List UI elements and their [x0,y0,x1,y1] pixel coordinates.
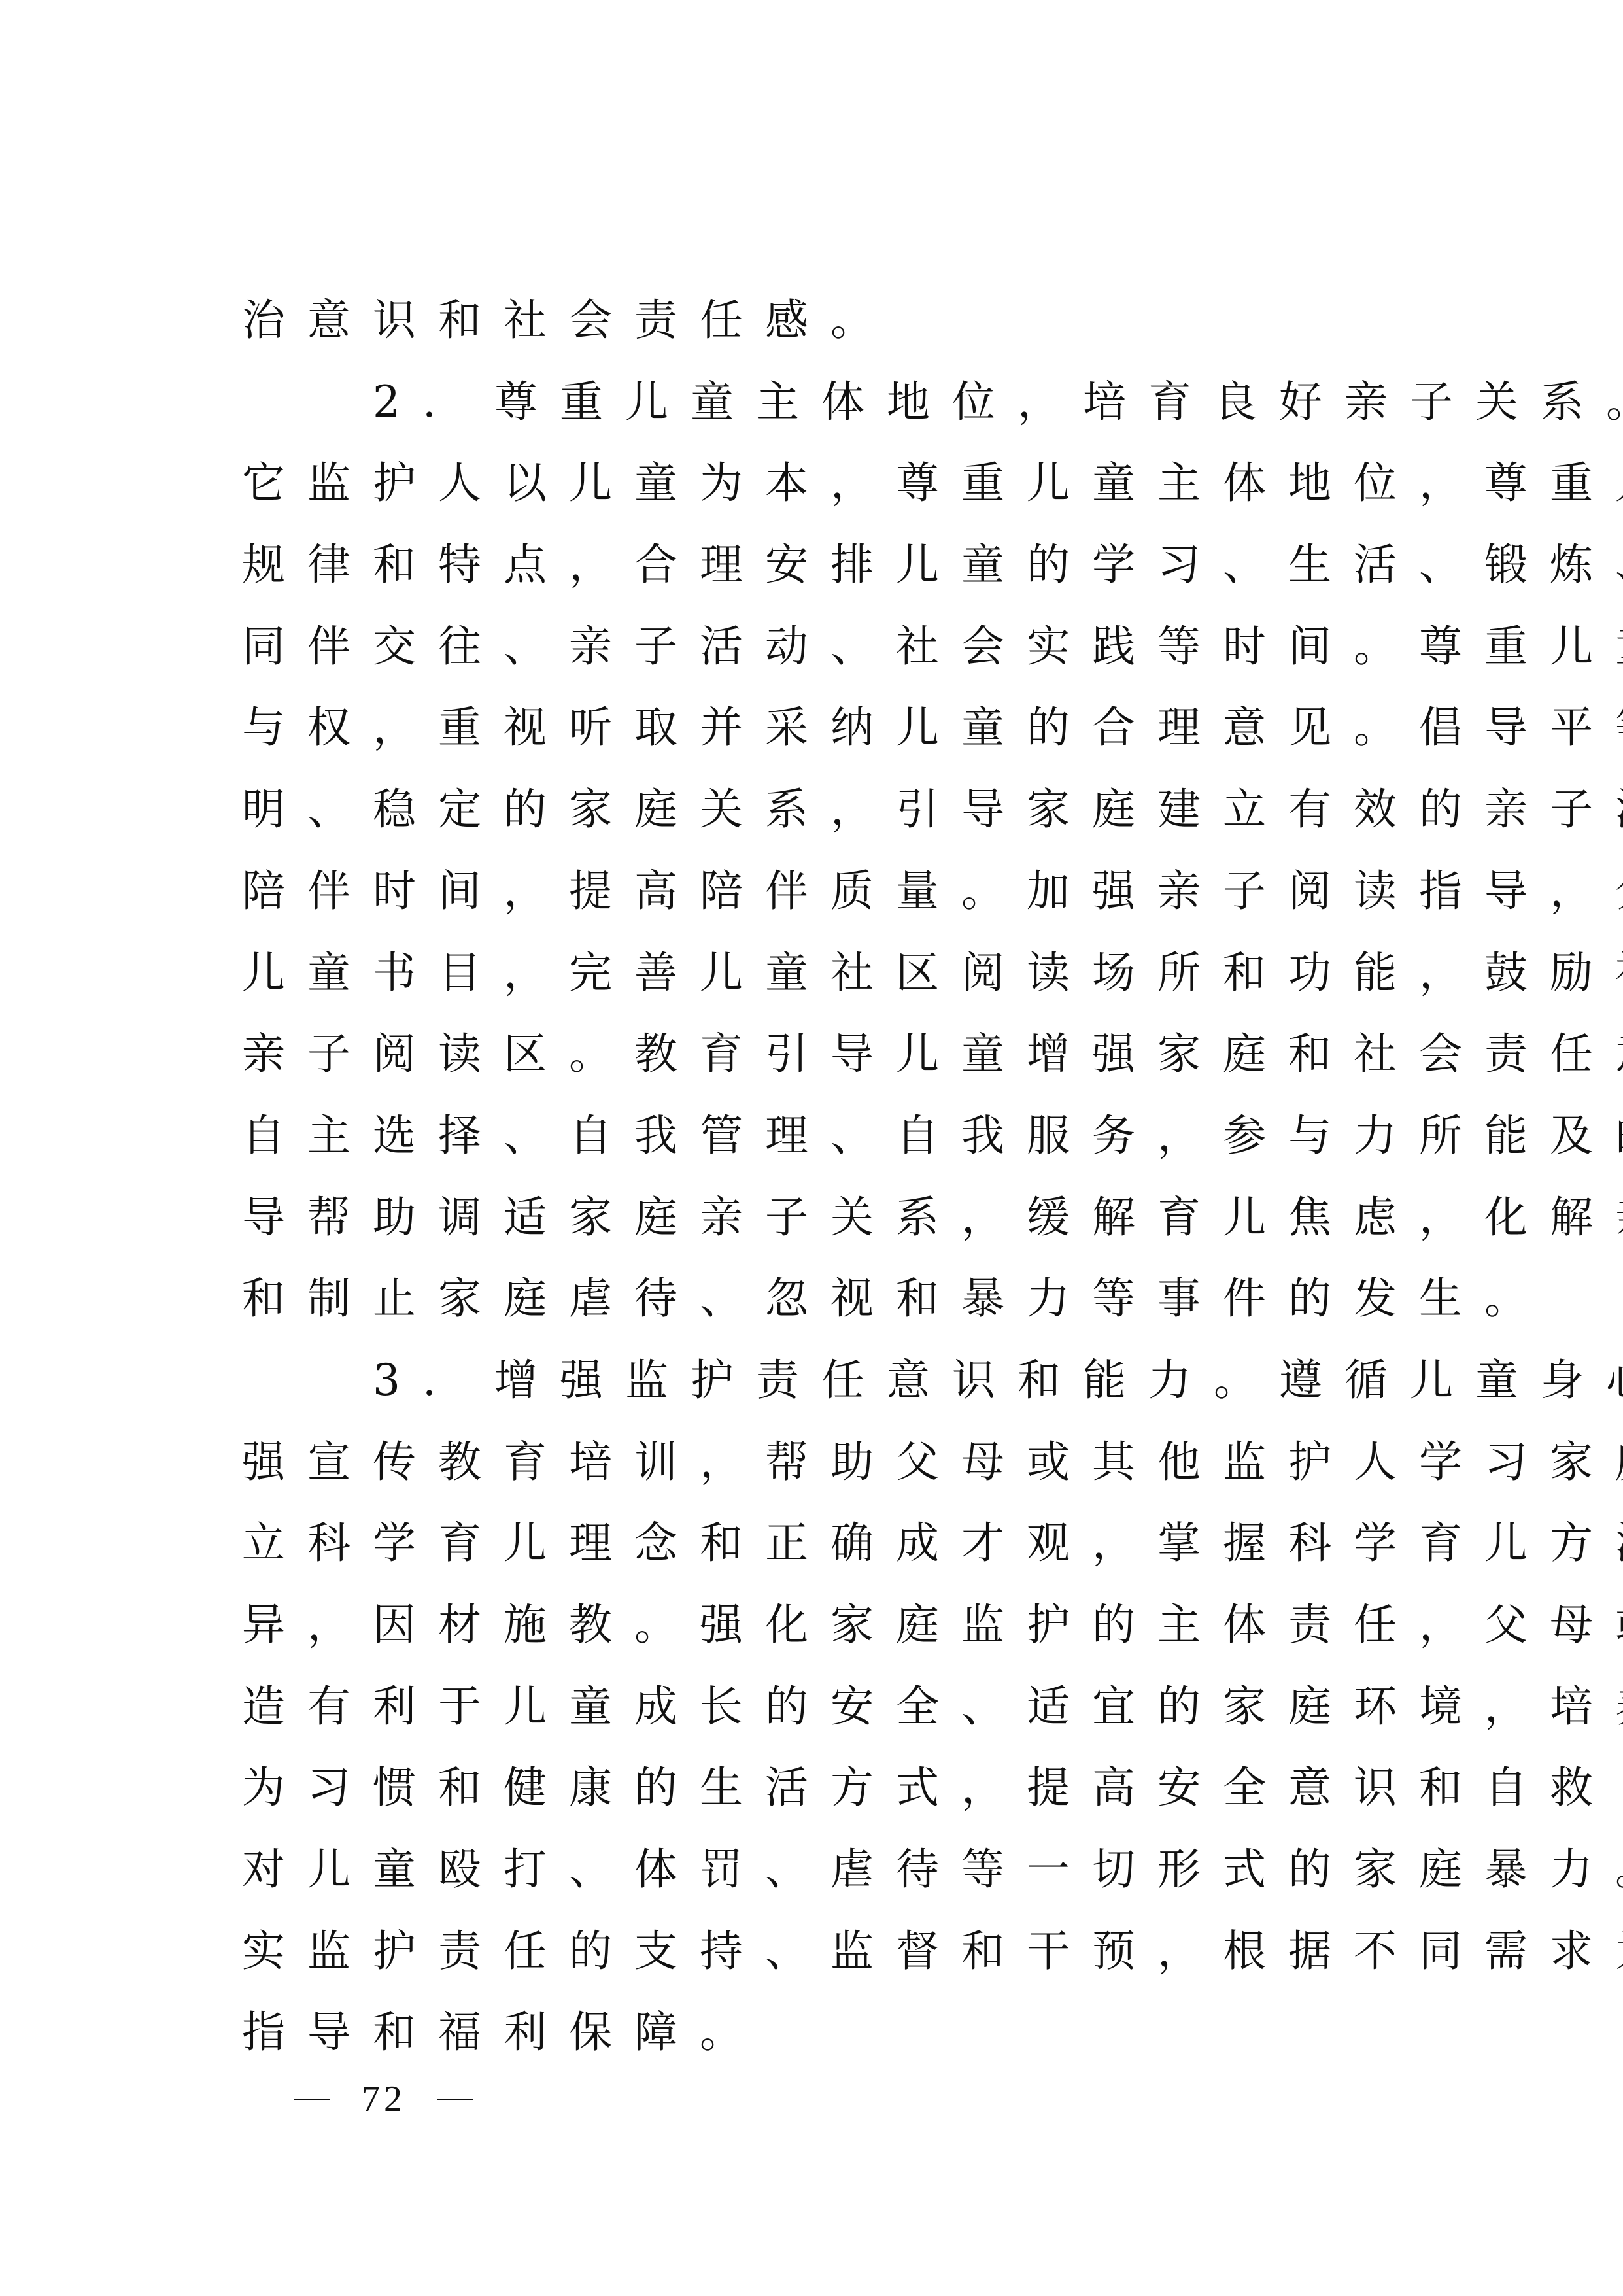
text-line: 立科学育儿理念和正确成才观，掌握科学育儿方法，尊重个体差 [242,1503,1419,1585]
paragraph-3-heading-line: 3. 增强监护责任意识和能力。遵循儿童身心发展规律，加 [242,1340,1419,1422]
document-page: 治意识和社会责任感。 2. 尊重儿童主体地位，培育良好亲子关系。引导父母或其 它… [0,0,1623,2296]
text-line: 异，因材施教。强化家庭监护的主体责任，父母或其他监护人创 [242,1585,1419,1666]
page-number: 72 [362,2080,406,2119]
text-line: 强宣传教育培训，帮助父母或其他监护人学习家庭教育知识，树 [242,1422,1419,1503]
right-dash [437,2099,473,2100]
text-line: 陪伴时间，提高陪伴质量。加强亲子阅读指导，分年龄推荐优秀 [242,851,1419,933]
left-dash [294,2099,330,2100]
text-line: 为习惯和健康的生活方式，提高安全意识和自救自护能力。禁止 [242,1747,1419,1829]
text-line: 亲子阅读区。教育引导儿童增强家庭和社会责任意识，鼓励儿童 [242,1014,1419,1095]
page-number-footer: 72 [294,2080,473,2119]
text-line: 儿童书目，完善儿童社区阅读场所和功能，鼓励社区图书室设立 [242,933,1419,1014]
paragraph-2-heading-line: 2. 尊重儿童主体地位，培育良好亲子关系。引导父母或其 [242,362,1419,443]
text-line: 同伴交往、亲子活动、社会实践等时间。尊重儿童的知情权、参 [242,606,1419,688]
body-text: 治意识和社会责任感。 2. 尊重儿童主体地位，培育良好亲子关系。引导父母或其 它… [242,280,1419,2074]
text-line: 对儿童殴打、体罚、虐待等一切形式的家庭暴力。加强对家庭落 [242,1829,1419,1911]
text-line: 和制止家庭虐待、忽视和暴力等事件的发生。 [242,1258,1419,1340]
text-line: 自主选择、自我管理、自我服务，参与力所能及的家务劳动。指 [242,1095,1419,1177]
text-line: 明、稳定的家庭关系，引导家庭建立有效的亲子沟通方式，增加 [242,769,1419,851]
text-line: 造有利于儿童成长的安全、适宜的家庭环境，培养儿童良好的行 [242,1666,1419,1748]
text-line: 实监护责任的支持、监督和干预，根据不同需求为家庭提供分类 [242,1911,1419,1993]
text-line: 它监护人以儿童为本，尊重儿童主体地位，尊重儿童的身心发展 [242,443,1419,524]
text-line: 与权，重视听取并采纳儿童的合理意见。倡导平等、和睦、文 [242,687,1419,769]
text-line: 治意识和社会责任感。 [242,280,1419,362]
text-line: 导帮助调适家庭亲子关系，缓解育儿焦虑，化解亲子矛盾，预防 [242,1177,1419,1259]
text-line: 指导和福利保障。 [242,1992,1419,2074]
text-line: 规律和特点，合理安排儿童的学习、生活、锻炼、娱乐、劳动、 [242,524,1419,606]
